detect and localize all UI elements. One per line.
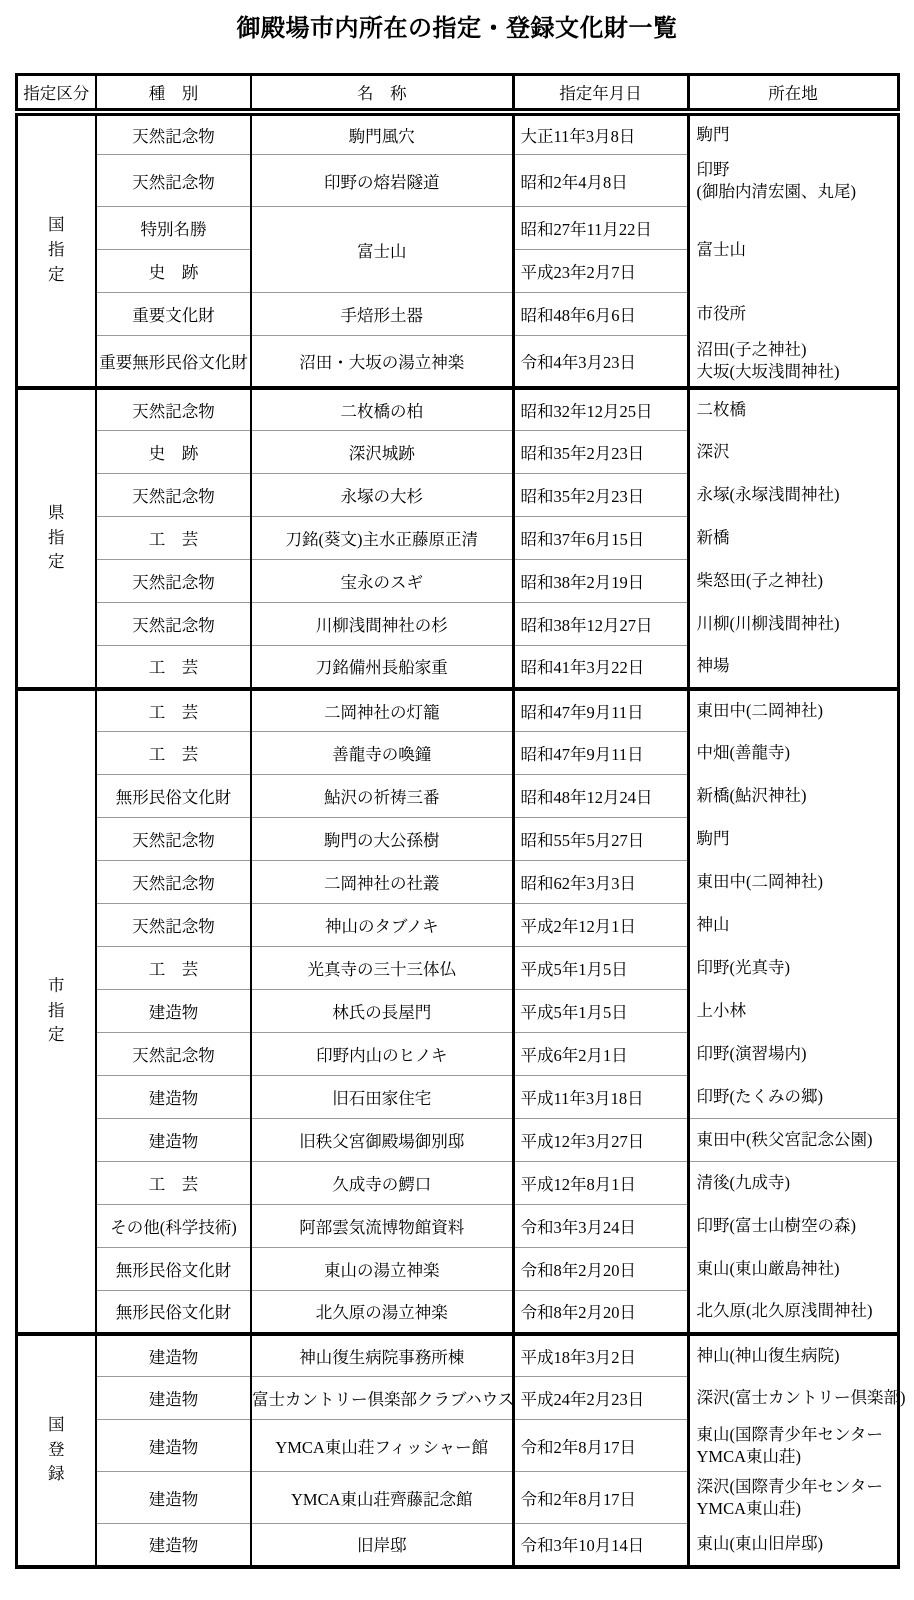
- name-cell: 刀銘備州長船家重: [251, 646, 513, 689]
- location-cell: 北久原(北久原浅間神社): [688, 1291, 898, 1334]
- type-cell: 工 芸: [96, 646, 251, 689]
- date-cell: 平成5年1月5日: [513, 947, 688, 990]
- category-cell: 市 指 定: [16, 689, 96, 1334]
- table-row: 重要無形民俗文化財沼田・大坂の湯立神楽令和4年3月23日沼田(子之神社) 大坂(…: [16, 336, 898, 388]
- location-cell: 東田中(二岡神社): [688, 689, 898, 732]
- type-cell: 無形民俗文化財: [96, 1248, 251, 1291]
- name-cell: 久成寺の鰐口: [251, 1162, 513, 1205]
- category-cell: 県 指 定: [16, 388, 96, 689]
- table-row: 建造物林氏の長屋門平成5年1月5日上小林: [16, 990, 898, 1033]
- location-cell: 深沢(国際青少年センター YMCA東山荘): [688, 1472, 898, 1524]
- table-row: 史 跡深沢城跡昭和35年2月23日深沢: [16, 431, 898, 474]
- location-cell: 富士山: [688, 207, 898, 293]
- table-row: 無形民俗文化財東山の湯立神楽令和8年2月20日東山(東山厳島神社): [16, 1248, 898, 1291]
- name-cell: 旧秩父宮御殿場御別邸: [251, 1119, 513, 1162]
- name-cell: 旧岸邸: [251, 1524, 513, 1567]
- table-row: 天然記念物宝永のスギ昭和38年2月19日柴怒田(子之神社): [16, 560, 898, 603]
- type-cell: 天然記念物: [96, 112, 251, 155]
- date-cell: 昭和62年3月3日: [513, 861, 688, 904]
- type-cell: 天然記念物: [96, 818, 251, 861]
- date-cell: 平成18年3月2日: [513, 1334, 688, 1377]
- location-cell: 上小林: [688, 990, 898, 1033]
- location-cell: 川柳(川柳浅間神社): [688, 603, 898, 646]
- header-type: 種 別: [96, 75, 251, 112]
- type-cell: 工 芸: [96, 947, 251, 990]
- location-cell: 印野 (御胎内清宏園、丸尾): [688, 155, 898, 207]
- type-cell: 天然記念物: [96, 861, 251, 904]
- name-cell: 神山のタブノキ: [251, 904, 513, 947]
- name-cell: 刀銘(葵文)主水正藤原正清: [251, 517, 513, 560]
- category-cell: 国 指 定: [16, 112, 96, 388]
- type-cell: 建造物: [96, 990, 251, 1033]
- name-cell: 駒門の大公孫樹: [251, 818, 513, 861]
- table-row: 建造物YMCA東山荘フィッシャー館令和2年8月17日東山(国際青少年センター Y…: [16, 1420, 898, 1472]
- date-cell: 昭和27年11月22日: [513, 207, 688, 250]
- date-cell: 平成6年2月1日: [513, 1033, 688, 1076]
- table-row: 建造物旧岸邸令和3年10月14日東山(東山旧岸邸): [16, 1524, 898, 1567]
- location-cell: 印野(光真寺): [688, 947, 898, 990]
- date-cell: 令和2年8月17日: [513, 1420, 688, 1472]
- table-row: 無形民俗文化財鮎沢の祈祷三番昭和48年12月24日新橋(鮎沢神社): [16, 775, 898, 818]
- date-cell: 昭和35年2月23日: [513, 431, 688, 474]
- location-cell: 市役所: [688, 293, 898, 336]
- date-cell: 昭和38年12月27日: [513, 603, 688, 646]
- name-cell: 神山復生病院事務所棟: [251, 1334, 513, 1377]
- name-cell: 手焙形土器: [251, 293, 513, 336]
- name-cell: 阿部雲気流博物館資料: [251, 1205, 513, 1248]
- type-cell: 天然記念物: [96, 1033, 251, 1076]
- date-cell: 平成2年12月1日: [513, 904, 688, 947]
- date-cell: 昭和37年6月15日: [513, 517, 688, 560]
- type-cell: 無形民俗文化財: [96, 1291, 251, 1334]
- table-row: 工 芸刀銘備州長船家重昭和41年3月22日神場: [16, 646, 898, 689]
- date-cell: 昭和38年2月19日: [513, 560, 688, 603]
- date-cell: 令和8年2月20日: [513, 1291, 688, 1334]
- location-cell: 東山(東山厳島神社): [688, 1248, 898, 1291]
- type-cell: 工 芸: [96, 689, 251, 732]
- name-cell: YMCA東山荘フィッシャー館: [251, 1420, 513, 1472]
- type-cell: 建造物: [96, 1472, 251, 1524]
- category-cell: 国 登 録: [16, 1334, 96, 1567]
- location-cell: 印野(演習場内): [688, 1033, 898, 1076]
- table-row: 重要文化財手焙形土器昭和48年6月6日市役所: [16, 293, 898, 336]
- type-cell: 天然記念物: [96, 388, 251, 431]
- location-cell: 中畑(善龍寺): [688, 732, 898, 775]
- name-cell: 富士カントリー倶楽部クラブハウス: [251, 1377, 513, 1420]
- type-cell: 重要無形民俗文化財: [96, 336, 251, 388]
- table-row: 天然記念物印野の熔岩隧道昭和2年4月8日印野 (御胎内清宏園、丸尾): [16, 155, 898, 207]
- location-cell: 神山(神山復生病院): [688, 1334, 898, 1377]
- table-row: 天然記念物駒門の大公孫樹昭和55年5月27日駒門: [16, 818, 898, 861]
- location-cell: 東山(国際青少年センター YMCA東山荘): [688, 1420, 898, 1472]
- name-cell: 二岡神社の社叢: [251, 861, 513, 904]
- type-cell: その他(科学技術): [96, 1205, 251, 1248]
- date-cell: 平成12年8月1日: [513, 1162, 688, 1205]
- table-row: 工 芸久成寺の鰐口平成12年8月1日清後(九成寺): [16, 1162, 898, 1205]
- name-cell: 沼田・大坂の湯立神楽: [251, 336, 513, 388]
- name-cell: 光真寺の三十三体仏: [251, 947, 513, 990]
- date-cell: 令和3年3月24日: [513, 1205, 688, 1248]
- location-cell: 新橋: [688, 517, 898, 560]
- date-cell: 昭和32年12月25日: [513, 388, 688, 431]
- date-cell: 令和3年10月14日: [513, 1524, 688, 1567]
- type-cell: 建造物: [96, 1334, 251, 1377]
- location-cell: 深沢: [688, 431, 898, 474]
- date-cell: 平成5年1月5日: [513, 990, 688, 1033]
- table-row: 天然記念物神山のタブノキ平成2年12月1日神山: [16, 904, 898, 947]
- location-cell: 神場: [688, 646, 898, 689]
- type-cell: 建造物: [96, 1524, 251, 1567]
- table-row: 無形民俗文化財北久原の湯立神楽令和8年2月20日北久原(北久原浅間神社): [16, 1291, 898, 1334]
- location-cell: 東田中(秩父宮記念公園): [688, 1119, 898, 1162]
- type-cell: 建造物: [96, 1119, 251, 1162]
- location-cell: 柴怒田(子之神社): [688, 560, 898, 603]
- table-row: 天然記念物二岡神社の社叢昭和62年3月3日東田中(二岡神社): [16, 861, 898, 904]
- location-cell: 二枚橋: [688, 388, 898, 431]
- name-cell: 東山の湯立神楽: [251, 1248, 513, 1291]
- type-cell: 工 芸: [96, 517, 251, 560]
- header-name: 名 称: [251, 75, 513, 112]
- table-row: 天然記念物印野内山のヒノキ平成6年2月1日印野(演習場内): [16, 1033, 898, 1076]
- location-cell: 清後(九成寺): [688, 1162, 898, 1205]
- name-cell: 川柳浅間神社の杉: [251, 603, 513, 646]
- date-cell: 昭和2年4月8日: [513, 155, 688, 207]
- name-cell: 富士山: [251, 207, 513, 293]
- table-body: 国 指 定天然記念物駒門風穴大正11年3月8日駒門天然記念物印野の熔岩隧道昭和2…: [16, 112, 898, 1567]
- date-cell: 平成11年3月18日: [513, 1076, 688, 1119]
- header-row: 指定区分 種 別 名 称 指定年月日 所在地: [16, 75, 898, 112]
- document-page: 御殿場市内所在の指定・登録文化財一覧 指定区分 種 別 名 称 指定年月日 所在…: [0, 0, 914, 1569]
- location-cell: 印野(富士山樹空の森): [688, 1205, 898, 1248]
- location-cell: 永塚(永塚浅間神社): [688, 474, 898, 517]
- type-cell: 建造物: [96, 1420, 251, 1472]
- name-cell: 旧石田家住宅: [251, 1076, 513, 1119]
- date-cell: 平成23年2月7日: [513, 250, 688, 293]
- date-cell: 平成12年3月27日: [513, 1119, 688, 1162]
- name-cell: 印野の熔岩隧道: [251, 155, 513, 207]
- table-row: 工 芸善龍寺の喚鐘昭和47年9月11日中畑(善龍寺): [16, 732, 898, 775]
- table-header: 指定区分 種 別 名 称 指定年月日 所在地: [16, 75, 898, 112]
- date-cell: 昭和55年5月27日: [513, 818, 688, 861]
- type-cell: 史 跡: [96, 431, 251, 474]
- date-cell: 大正11年3月8日: [513, 112, 688, 155]
- table-row: 県 指 定天然記念物二枚橋の柏昭和32年12月25日二枚橋: [16, 388, 898, 431]
- type-cell: 天然記念物: [96, 155, 251, 207]
- cultural-properties-table: 指定区分 種 別 名 称 指定年月日 所在地 国 指 定天然記念物駒門風穴大正1…: [15, 73, 900, 1569]
- page-title: 御殿場市内所在の指定・登録文化財一覧: [0, 8, 914, 43]
- table-row: 天然記念物永塚の大杉昭和35年2月23日永塚(永塚浅間神社): [16, 474, 898, 517]
- type-cell: 天然記念物: [96, 904, 251, 947]
- date-cell: 平成24年2月23日: [513, 1377, 688, 1420]
- location-cell: 東田中(二岡神社): [688, 861, 898, 904]
- location-cell: 沼田(子之神社) 大坂(大坂浅間神社): [688, 336, 898, 388]
- table-row: 特別名勝富士山昭和27年11月22日富士山: [16, 207, 898, 250]
- type-cell: 建造物: [96, 1076, 251, 1119]
- table-row: 建造物旧石田家住宅平成11年3月18日印野(たくみの郷): [16, 1076, 898, 1119]
- name-cell: 駒門風穴: [251, 112, 513, 155]
- type-cell: 天然記念物: [96, 603, 251, 646]
- table-row: 国 指 定天然記念物駒門風穴大正11年3月8日駒門: [16, 112, 898, 155]
- location-cell: 駒門: [688, 818, 898, 861]
- type-cell: 建造物: [96, 1377, 251, 1420]
- date-cell: 令和2年8月17日: [513, 1472, 688, 1524]
- table-row: 建造物富士カントリー倶楽部クラブハウス平成24年2月23日深沢(富士カントリー倶…: [16, 1377, 898, 1420]
- name-cell: 深沢城跡: [251, 431, 513, 474]
- date-cell: 昭和47年9月11日: [513, 732, 688, 775]
- location-cell: 東山(東山旧岸邸): [688, 1524, 898, 1567]
- location-cell: 駒門: [688, 112, 898, 155]
- type-cell: 天然記念物: [96, 560, 251, 603]
- name-cell: YMCA東山荘齊藤記念館: [251, 1472, 513, 1524]
- type-cell: 無形民俗文化財: [96, 775, 251, 818]
- header-date: 指定年月日: [513, 75, 688, 112]
- header-location: 所在地: [688, 75, 898, 112]
- name-cell: 宝永のスギ: [251, 560, 513, 603]
- type-cell: 天然記念物: [96, 474, 251, 517]
- date-cell: 令和8年2月20日: [513, 1248, 688, 1291]
- name-cell: 二枚橋の柏: [251, 388, 513, 431]
- name-cell: 印野内山のヒノキ: [251, 1033, 513, 1076]
- date-cell: 昭和47年9月11日: [513, 689, 688, 732]
- name-cell: 鮎沢の祈祷三番: [251, 775, 513, 818]
- table-row: 天然記念物川柳浅間神社の杉昭和38年12月27日川柳(川柳浅間神社): [16, 603, 898, 646]
- type-cell: 特別名勝: [96, 207, 251, 250]
- date-cell: 令和4年3月23日: [513, 336, 688, 388]
- location-cell: 新橋(鮎沢神社): [688, 775, 898, 818]
- type-cell: 重要文化財: [96, 293, 251, 336]
- table-row: 工 芸光真寺の三十三体仏平成5年1月5日印野(光真寺): [16, 947, 898, 990]
- type-cell: 工 芸: [96, 732, 251, 775]
- location-cell: 神山: [688, 904, 898, 947]
- location-cell: 印野(たくみの郷): [688, 1076, 898, 1119]
- name-cell: 善龍寺の喚鐘: [251, 732, 513, 775]
- table-row: 建造物YMCA東山荘齊藤記念館令和2年8月17日深沢(国際青少年センター YMC…: [16, 1472, 898, 1524]
- date-cell: 昭和35年2月23日: [513, 474, 688, 517]
- table-row: 工 芸刀銘(葵文)主水正藤原正清昭和37年6月15日新橋: [16, 517, 898, 560]
- date-cell: 昭和41年3月22日: [513, 646, 688, 689]
- type-cell: 工 芸: [96, 1162, 251, 1205]
- table-row: 建造物旧秩父宮御殿場御別邸平成12年3月27日東田中(秩父宮記念公園): [16, 1119, 898, 1162]
- table-row: その他(科学技術)阿部雲気流博物館資料令和3年3月24日印野(富士山樹空の森): [16, 1205, 898, 1248]
- header-designation-category: 指定区分: [16, 75, 96, 112]
- name-cell: 林氏の長屋門: [251, 990, 513, 1033]
- name-cell: 北久原の湯立神楽: [251, 1291, 513, 1334]
- table-row: 市 指 定工 芸二岡神社の灯籠昭和47年9月11日東田中(二岡神社): [16, 689, 898, 732]
- name-cell: 永塚の大杉: [251, 474, 513, 517]
- date-cell: 昭和48年6月6日: [513, 293, 688, 336]
- type-cell: 史 跡: [96, 250, 251, 293]
- name-cell: 二岡神社の灯籠: [251, 689, 513, 732]
- location-cell: 深沢(富士カントリー倶楽部): [688, 1377, 898, 1420]
- table-row: 国 登 録建造物神山復生病院事務所棟平成18年3月2日神山(神山復生病院): [16, 1334, 898, 1377]
- date-cell: 昭和48年12月24日: [513, 775, 688, 818]
